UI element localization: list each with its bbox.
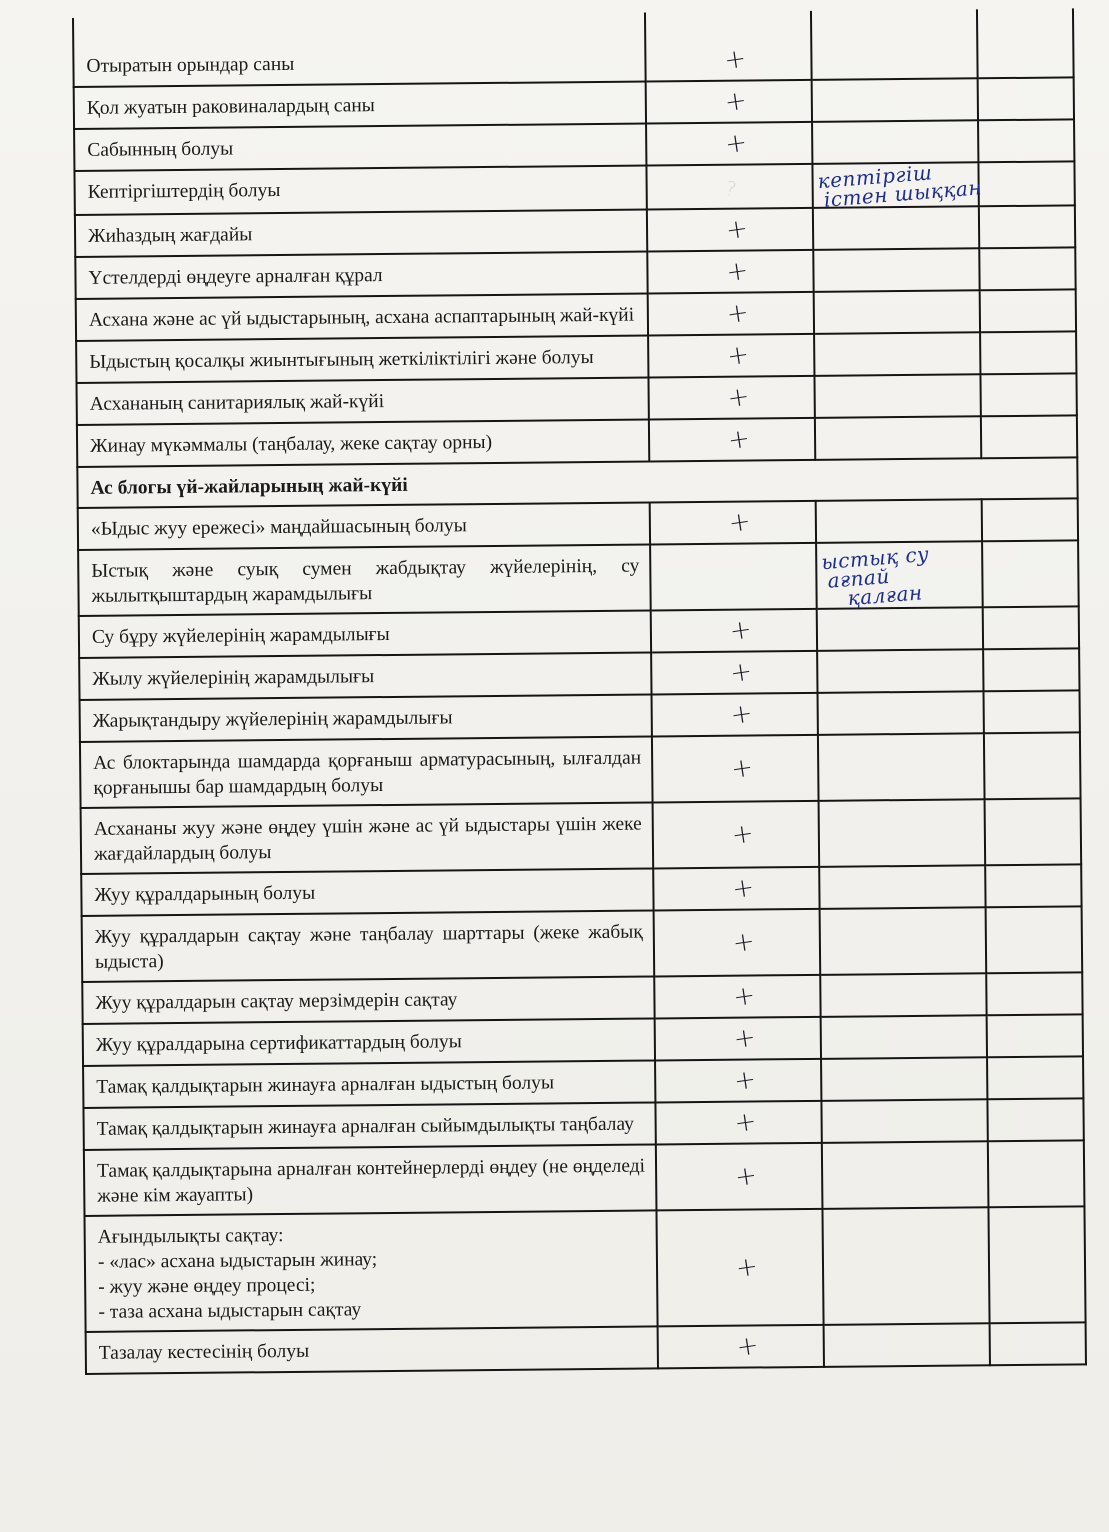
empty-cell <box>985 864 1081 907</box>
check-mark-cell: + <box>653 801 820 869</box>
criterion-cell: Жинау мүкәммалы (таңбалау, жеке сақтау о… <box>77 419 649 466</box>
criterion-cell: Жуу құралдарының болуы <box>81 868 653 915</box>
table-row: Тамақ қалдықтарына арналған контейнерлер… <box>84 1140 1085 1216</box>
table-row: Ағындылықты сақтау:- «лас» асхана ыдыста… <box>84 1206 1085 1332</box>
criterion-cell: Жылу жүйелерінің жарамдылығы <box>79 652 651 699</box>
empty-cell <box>984 732 1081 799</box>
empty-cell <box>980 331 1076 374</box>
plus-mark: + <box>731 928 756 957</box>
empty-cell <box>980 373 1076 416</box>
criterion-text: Жинау мүкәммалы (таңбалау, жеке сақтау о… <box>90 432 492 457</box>
criterion-text: Тамақ қалдықтарын жинауға арналған ыдыст… <box>96 1072 554 1097</box>
criterion-cell: Ыстық және суық сумен жабдықтау жүйелері… <box>78 544 651 615</box>
check-mark-cell: + <box>649 418 815 462</box>
check-mark-cell: + <box>654 975 820 1019</box>
check-mark-cell: + <box>648 292 814 336</box>
checklist-table: Отыратын орындар саны+Қол жуатын раковин… <box>72 8 1087 1375</box>
criterion-text: Ыдыстың қосалқы жиынтығының жеткіліктілі… <box>89 347 594 373</box>
criterion-text: Ас блоктарында шамдарда қорғаныш арматур… <box>93 748 641 799</box>
plus-mark: + <box>731 874 756 903</box>
handwritten-note-cell <box>820 907 987 975</box>
criterion-text: Кептіргіштердің болуы <box>88 180 281 203</box>
empty-cell <box>977 8 1074 78</box>
handwritten-note-cell <box>815 416 981 460</box>
table-row: Жуу құралдарын сақтау және таңбалау шарт… <box>82 906 1083 982</box>
empty-cell <box>987 1014 1083 1057</box>
plus-mark: + <box>724 215 749 244</box>
criterion-cell: Тамақ қалдықтарын жинауға арналған сыйым… <box>83 1102 655 1149</box>
criterion-cell: Ағындылықты сақтау:- «лас» асхана ыдыста… <box>84 1210 657 1331</box>
handwritten-note-cell <box>819 799 986 867</box>
empty-cell <box>983 606 1079 649</box>
check-mark-cell: + <box>654 909 821 977</box>
table-row: Тазалау кестесінің болуы+ <box>86 1322 1086 1374</box>
plus-mark: + <box>723 87 748 116</box>
criterion-cell: Асхана және ас үй ыдыстарының, асхана ас… <box>76 293 648 340</box>
plus-mark: + <box>733 1162 758 1191</box>
handwritten-note-cell <box>814 290 980 334</box>
criterion-text: Жуу құралдарының болуы <box>94 883 315 906</box>
handwritten-note-cell <box>822 1141 989 1209</box>
criterion-cell: Тамақ қалдықтарына арналған контейнерлер… <box>84 1144 657 1215</box>
criterion-text: Жарықтандыру жүйелерінің жарамдылығы <box>93 707 453 731</box>
table-body-part2: «Ыдыс жуу ережесі» маңдайшасының болуы+Ы… <box>78 498 1086 1374</box>
criterion-cell: Жарықтандыру жүйелерінің жарамдылығы <box>80 694 652 741</box>
criterion-text: Асхананың санитариялық жай-күйі <box>90 391 385 415</box>
criterion-text: Жуу құралдарын сақтау мерзімдерін сақтау <box>95 989 457 1013</box>
plus-mark: + <box>732 1066 757 1095</box>
criterion-cell: Үстелдерді өңдеуге арналған құрал <box>75 251 647 298</box>
plus-mark: + <box>725 341 750 370</box>
criterion-text: Ыстық және суық сумен жабдықтау жүйелері… <box>91 556 639 607</box>
criterion-cell: Су бұру жүйелерінің жарамдылығы <box>79 610 651 657</box>
criterion-text: Тазалау кестесінің болуы <box>99 1341 310 1364</box>
criterion-text: Отыратын орындар саны <box>86 54 294 77</box>
handwritten-note-cell <box>817 607 983 651</box>
plus-mark: + <box>729 754 754 783</box>
empty-cell <box>988 1140 1085 1207</box>
inspection-checklist: Отыратын орындар саны+Қол жуатын раковин… <box>72 8 1083 1375</box>
criterion-text: Тамақ қалдықтарына арналған контейнерлер… <box>97 1156 645 1207</box>
criterion-text: Су бұру жүйелерінің жарамдылығы <box>92 624 390 648</box>
criterion-text: Жылу жүйелерінің жарамдылығы <box>92 666 374 690</box>
plus-mark: + <box>729 658 754 687</box>
table-row: Ас блоктарында шамдарда қорғаныш арматур… <box>80 732 1081 808</box>
criterion-cell: Жуу құралдарын сақтау мерзімдерін сақтау <box>82 976 654 1023</box>
handwritten-note-cell: ыстық суағпайқалған <box>816 541 983 609</box>
check-mark-cell: + <box>647 208 813 252</box>
criterion-text: Жуу құралдарын сақтау және таңбалау шарт… <box>95 922 643 973</box>
handwritten-note-cell: кептіргішістен шыққан <box>812 162 978 208</box>
handwritten-note-cell <box>816 499 982 543</box>
erased-mark: ? <box>723 174 739 202</box>
plus-mark: + <box>729 700 754 729</box>
check-mark-cell: + <box>652 735 819 803</box>
check-mark-cell: + <box>651 609 817 653</box>
criterion-text: Қол жуатын раковиналардың саны <box>87 95 375 119</box>
check-mark-cell: + <box>655 1059 821 1103</box>
table-row: Отыратын орындар саны+ <box>73 8 1074 87</box>
empty-cell <box>978 77 1074 120</box>
empty-cell <box>986 906 1083 973</box>
handwritten-note-cell <box>813 206 979 250</box>
plus-mark: + <box>725 257 750 286</box>
handwritten-note-cell <box>822 1207 989 1325</box>
handwritten-note-cell <box>814 374 980 418</box>
empty-cell <box>986 972 1082 1015</box>
check-mark-cell: + <box>658 1325 824 1369</box>
criterion-cell: Жиһаздың жағдайы <box>75 209 647 256</box>
handwritten-note-cell <box>812 78 978 122</box>
check-mark-cell: + <box>646 80 812 124</box>
check-mark-cell: ? <box>646 164 812 210</box>
criterion-text: Тамақ қалдықтарын жинауға арналған сыйым… <box>97 1114 634 1140</box>
plus-mark: + <box>735 1332 760 1361</box>
check-mark-cell: + <box>646 122 812 166</box>
plus-mark: + <box>732 982 757 1011</box>
criterion-text: «Ыдыс жуу ережесі» маңдайшасының болуы <box>91 515 467 540</box>
check-mark-cell: + <box>655 1101 821 1145</box>
handwritten-note-cell <box>817 649 983 693</box>
table-row: Ыстық және суық сумен жабдықтау жүйелері… <box>78 540 1079 616</box>
check-mark-cell: + <box>650 501 816 545</box>
empty-cell <box>990 1322 1086 1365</box>
criterion-cell: «Ыдыс жуу ережесі» маңдайшасының болуы <box>78 502 650 549</box>
handwritten-note-cell <box>813 248 979 292</box>
handwritten-note-cell <box>818 733 985 801</box>
check-mark-cell: + <box>656 1209 823 1327</box>
criterion-cell: Жуу құралдарын сақтау және таңбалау шарт… <box>82 910 655 981</box>
empty-cell <box>978 119 1074 162</box>
handwritten-note-cell <box>821 1099 987 1143</box>
check-mark-cell: + <box>655 1017 821 1061</box>
criterion-text: Сабынның болуы <box>87 138 233 160</box>
plus-mark: + <box>732 1024 757 1053</box>
scanned-page: Отыратын орындар саны+Қол жуатын раковин… <box>0 0 1109 1532</box>
criterion-cell: Ас блоктарында шамдарда қорғаныш арматур… <box>80 736 653 807</box>
check-mark-cell: + <box>656 1143 823 1211</box>
check-mark-cell: + <box>648 334 814 378</box>
plus-mark: + <box>726 383 751 412</box>
plus-mark: + <box>733 1108 758 1137</box>
handwritten-note-cell <box>814 332 980 376</box>
table-body-part1: Отыратын орындар саны+Қол жуатын раковин… <box>73 8 1077 467</box>
plus-mark: + <box>725 299 750 328</box>
check-mark-cell: + <box>653 867 819 911</box>
criterion-cell: Асхананы жуу және өңдеу үшін және ас үй … <box>81 802 654 873</box>
criterion-text: Асхананы жуу және өңдеу үшін және ас үй … <box>94 814 642 865</box>
plus-mark: + <box>734 1253 759 1282</box>
check-mark-cell: + <box>652 693 818 737</box>
empty-cell <box>984 690 1080 733</box>
check-mark-cell <box>650 543 817 611</box>
handwritten-note-cell <box>821 1015 987 1059</box>
empty-cell <box>985 798 1082 865</box>
criterion-cell: Ыдыстың қосалқы жиынтығының жеткіліктілі… <box>76 335 648 382</box>
empty-cell <box>978 161 1074 206</box>
handwritten-note-cell <box>818 691 984 735</box>
check-mark-cell: + <box>651 651 817 695</box>
check-mark-cell: + <box>647 250 813 294</box>
handwritten-note-cell <box>821 1057 987 1101</box>
criterion-cell: Отыратын орындар саны <box>73 12 646 86</box>
criterion-cell: Тазалау кестесінің болуы <box>86 1326 658 1373</box>
criterion-cell: Тамақ қалдықтарын жинауға арналған ыдыст… <box>83 1060 655 1107</box>
criterion-text: Жиһаздың жағдайы <box>88 224 252 247</box>
empty-cell <box>979 205 1075 248</box>
criterion-text: Асхана және ас үй ыдыстарының, асхана ас… <box>89 305 634 331</box>
criterion-cell: Қол жуатын раковиналардың саны <box>74 81 646 128</box>
check-mark-cell: + <box>645 11 812 82</box>
empty-cell <box>981 415 1077 458</box>
criterion-cell: Жуу құралдарына сертификаттардың болуы <box>83 1018 655 1065</box>
plus-mark: + <box>730 820 755 849</box>
plus-mark: + <box>727 508 752 537</box>
empty-cell <box>979 247 1075 290</box>
empty-cell <box>988 1206 1085 1323</box>
criterion-cell: Сабынның болуы <box>74 123 646 170</box>
empty-cell <box>982 540 1079 607</box>
empty-cell <box>982 498 1078 541</box>
handwritten-note-cell <box>820 973 986 1017</box>
handwritten-note-cell <box>819 865 985 909</box>
empty-cell <box>980 289 1076 332</box>
criterion-cell: Кептіргіштердің болуы <box>74 165 646 214</box>
plus-mark: + <box>723 129 748 158</box>
handwritten-note-cell <box>824 1323 990 1367</box>
empty-cell <box>983 648 1079 691</box>
plus-mark: + <box>723 45 748 74</box>
handwritten-note-cell <box>811 9 978 80</box>
plus-mark: + <box>728 616 753 645</box>
table-row: Асхананы жуу және өңдеу үшін және ас үй … <box>81 798 1082 874</box>
criterion-bullet: - таза асхана ыдыстарын сақтау <box>98 1295 646 1325</box>
criterion-text: Жуу құралдарына сертификаттардың болуы <box>96 1031 462 1056</box>
empty-cell <box>987 1056 1083 1099</box>
criterion-cell: Асхананың санитариялық жай-күйі <box>77 377 649 424</box>
handwritten-note-cell <box>812 120 978 164</box>
plus-mark: + <box>726 425 751 454</box>
check-mark-cell: + <box>648 376 814 420</box>
criterion-text: Үстелдерді өңдеуге арналған құрал <box>88 265 382 289</box>
empty-cell <box>987 1098 1083 1141</box>
